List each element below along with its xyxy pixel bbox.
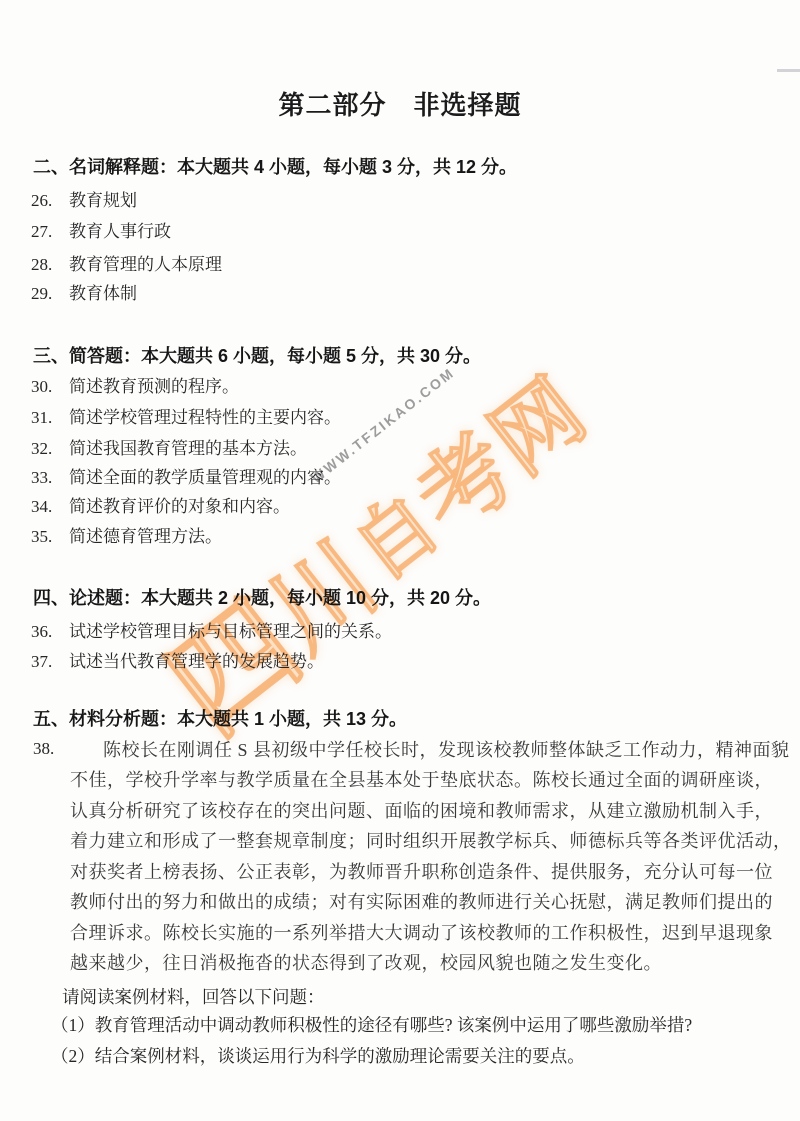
question-text: 简述学校管理过程特性的主要内容。 bbox=[69, 408, 341, 427]
question-36: 36.试述学校管理目标与目标管理之间的关系。 bbox=[31, 617, 392, 642]
case-paragraph-line: 合理诉求。陈校长实施的一系列举措大大调动了该校教师的工作积极性，迟到早退现象 bbox=[70, 919, 773, 945]
question-number: 36. bbox=[31, 622, 69, 642]
question-text: 简述我国教育管理的基本方法。 bbox=[69, 439, 307, 458]
question-33: 33.简述全面的教学质量管理观的内容。 bbox=[31, 463, 341, 488]
question-number: 34. bbox=[31, 497, 69, 517]
watermark-char-zi: 自 bbox=[325, 462, 459, 602]
case-paragraph-line: 教师付出的努力和做出的成绩；对有实际困难的教师进行关心抚慰，满足教师们提出的 bbox=[70, 888, 773, 914]
question-34: 34.简述教育评价的对象和内容。 bbox=[31, 492, 290, 517]
question-text: 简述全面的教学质量管理观的内容。 bbox=[69, 468, 341, 487]
section-heading-terms: 二、名词解释题：本大题共 4 小题，每小题 3 分，共 12 分。 bbox=[33, 153, 517, 179]
question-text: 试述学校管理目标与目标管理之间的关系。 bbox=[69, 622, 392, 641]
watermark-char-kao: 考 bbox=[384, 397, 538, 558]
section-heading-short-answer: 三、简答题：本大题共 6 小题，每小题 5 分，共 30 分。 bbox=[33, 342, 481, 368]
page-title: 第二部分 非选择题 bbox=[0, 85, 800, 122]
question-text: 教育人事行政 bbox=[69, 222, 171, 241]
question-38-number: 38. bbox=[33, 739, 54, 759]
question-text: 教育管理的人本原理 bbox=[69, 255, 222, 274]
question-number: 26. bbox=[31, 191, 69, 211]
watermark-url-text: WWW.TFZIKAO.COM bbox=[308, 275, 572, 486]
question-32: 32.简述我国教育管理的基本方法。 bbox=[31, 434, 307, 459]
section-heading-essay: 四、论述题：本大题共 2 小题，每小题 10 分，共 20 分。 bbox=[33, 584, 491, 610]
question-number: 29. bbox=[31, 284, 69, 304]
case-paragraph-line: 越来越少，往日消极拖沓的状态得到了改观，校园风貌也随之发生变化。 bbox=[70, 949, 662, 975]
sub-question-1: （1）教育管理活动中调动教师积极性的途径有哪些? 该案例中运用了哪些激励举措? bbox=[51, 1012, 692, 1037]
question-number: 27. bbox=[31, 222, 69, 242]
case-prompt: 请阅读案例材料，回答以下问题： bbox=[62, 984, 325, 1009]
question-26: 26.教育规划 bbox=[31, 186, 137, 211]
question-29: 29.教育体制 bbox=[31, 279, 137, 304]
case-paragraph-line: 对获奖者上榜表扬、公正表彰，为教师晋升职称创造条件、提供服务，充分认可每一位 bbox=[70, 858, 773, 884]
question-number: 32. bbox=[31, 439, 69, 459]
question-37: 37.试述当代教育管理学的发展趋势。 bbox=[31, 647, 324, 672]
case-paragraph-line: 认真分析研究了该校存在的突出问题、面临的困境和教师需求，从建立激励机制入手， bbox=[70, 797, 773, 823]
question-text: 简述德育管理方法。 bbox=[69, 527, 222, 546]
case-paragraph-line: 陈校长在刚调任 S 县初级中学任校长时，发现该校教师整体缺乏工作动力，精神面貌 bbox=[103, 736, 790, 762]
question-number: 28. bbox=[31, 255, 69, 275]
question-number: 37. bbox=[31, 652, 69, 672]
question-text: 简述教育评价的对象和内容。 bbox=[69, 497, 290, 516]
case-paragraph-line: 着力建立和形成了一整套规章制度；同时组织开展教学标兵、师德标兵等各类评优活动， bbox=[70, 827, 792, 853]
question-number: 35. bbox=[31, 527, 69, 547]
scan-artifact-line bbox=[777, 69, 800, 72]
sub-question-2: （2）结合案例材料，谈谈运用行为科学的激励理论需要关注的要点。 bbox=[51, 1043, 585, 1068]
question-35: 35.简述德育管理方法。 bbox=[31, 522, 222, 547]
question-27: 27.教育人事行政 bbox=[31, 217, 171, 242]
question-text: 试述当代教育管理学的发展趋势。 bbox=[69, 652, 324, 671]
question-text: 教育规划 bbox=[69, 191, 137, 210]
question-31: 31.简述学校管理过程特性的主要内容。 bbox=[31, 403, 341, 428]
question-number: 30. bbox=[31, 377, 69, 397]
question-text: 简述教育预测的程序。 bbox=[69, 377, 239, 396]
question-number: 33. bbox=[31, 468, 69, 488]
exam-paper-page: WWW.TFZIKAO.COM 四 川 自 考 网 第二部分 非选择题 二、名词… bbox=[0, 0, 800, 1121]
question-30: 30.简述教育预测的程序。 bbox=[31, 372, 239, 397]
question-number: 31. bbox=[31, 408, 69, 428]
question-28: 28.教育管理的人本原理 bbox=[31, 250, 222, 275]
section-heading-case-analysis: 五、材料分析题：本大题共 1 小题，共 13 分。 bbox=[33, 705, 407, 731]
case-paragraph-line: 不佳，学校升学率与教学质量在全县基本处于垫底状态。陈校长通过全面的调研座谈， bbox=[70, 766, 773, 792]
question-text: 教育体制 bbox=[69, 284, 137, 303]
watermark-char-wang: 网 bbox=[460, 344, 607, 497]
